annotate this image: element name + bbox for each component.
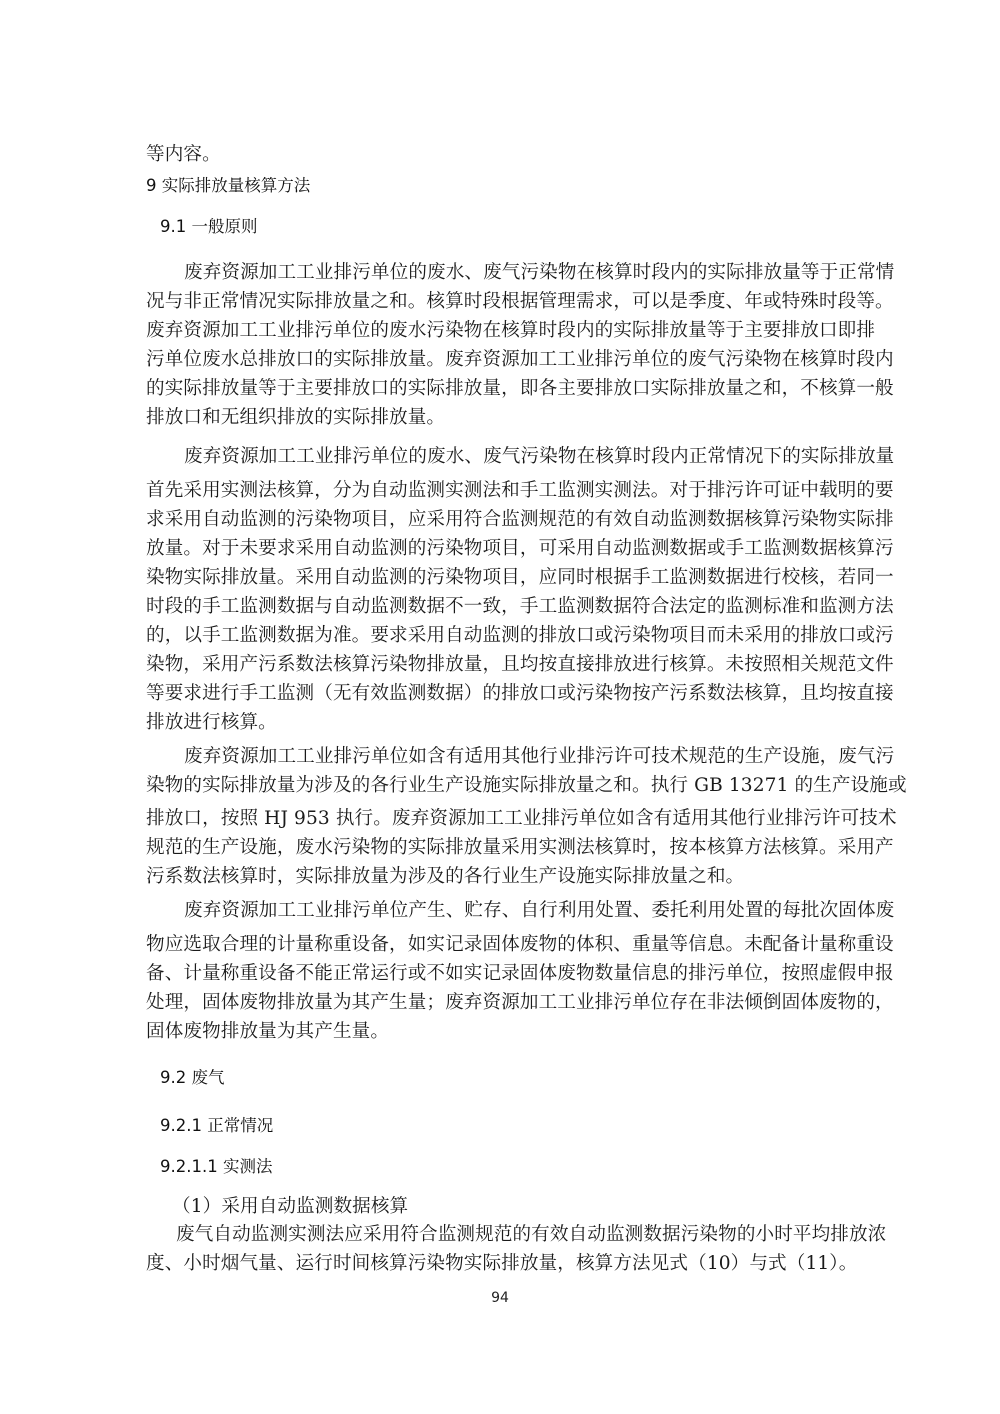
paragraph-line: 染物实际排放量。采用自动监测的污染物项目，应同时根据手工监测数据进行校核，若同一 <box>146 566 852 590</box>
paragraph-line: 排放口，按照 HJ 953 执行。废弃资源加工工业排污单位如含有适用其他行业排污… <box>146 807 852 831</box>
paragraph-line: 首先采用实测法核算，分为自动监测实测法和手工监测实测法。对于排污许可证中载明的要 <box>146 479 852 503</box>
paragraph-line: 废弃资源加工工业排污单位的废水污染物在核算时段内的实际排放量等于主要排放口即排 <box>146 319 852 343</box>
paragraph-line: 求采用自动监测的污染物项目，应采用符合监测规范的有效自动监测数据核算污染物实际排 <box>146 508 852 532</box>
paragraph-line: 固体废物排放量为其产生量。 <box>146 1020 852 1044</box>
paragraph-line: 染物的实际排放量为涉及的各行业生产设施实际排放量之和。执行 GB 13271 的… <box>146 774 852 798</box>
paragraph-line: 况与非正常情况实际排放量之和。核算时段根据管理需求，可以是季度、年或特殊时段等。 <box>146 290 852 314</box>
paragraph-line: 废弃资源加工工业排污单位的废水、废气污染物在核算时段内正常情况下的实际排放量 <box>146 445 852 469</box>
paragraph-line: 度、小时烟气量、运行时间核算污染物实际排放量，核算方法见式（10）与式（11）。 <box>146 1252 852 1276</box>
paragraph-line: 废弃资源加工工业排污单位的废水、废气污染物在核算时段内的实际排放量等于正常情 <box>146 261 852 285</box>
continuation-text: 等内容。 <box>146 143 221 167</box>
paragraph-line: 污系数法核算时，实际排放量为涉及的各行业生产设施实际排放量之和。 <box>146 865 852 889</box>
paragraph-line: 时段的手工监测数据与自动监测数据不一致，手工监测数据符合法定的监测标准和监测方法 <box>146 595 852 619</box>
paragraph-line: 废气自动监测实测法应采用符合监测规范的有效自动监测数据污染物的小时平均排放浓 <box>146 1223 852 1247</box>
section-heading-9-2-1: 9.2.1 正常情况 <box>160 1115 273 1137</box>
paragraph-line: 废弃资源加工工业排污单位产生、贮存、自行利用处置、委托利用处置的每批次固体废 <box>146 899 852 923</box>
section-heading-9: 9 实际排放量核算方法 <box>146 175 310 197</box>
section-heading-9-2-1-1: 9.2.1.1 实测法 <box>160 1156 272 1178</box>
paragraph-line: 的，以手工监测数据为准。要求采用自动监测的排放口或污染物项目而未采用的排放口或污 <box>146 624 852 648</box>
paragraph-line: 备、计量称重设备不能正常运行或不如实记录固体废物数量信息的排污单位，按照虚假申报 <box>146 962 852 986</box>
paragraph-line: 排放进行核算。 <box>146 711 852 735</box>
section-heading-9-1: 9.1 一般原则 <box>160 216 258 238</box>
paragraph-line: 染物，采用产污系数法核算污染物排放量，且均按直接排放进行核算。未按照相关规范文件 <box>146 653 852 677</box>
item-heading: （1）采用自动监测数据核算 <box>172 1195 408 1219</box>
page-number: 94 <box>0 1290 1000 1306</box>
paragraph-line: 排放口和无组织排放的实际排放量。 <box>146 406 852 430</box>
paragraph-line: 污单位废水总排放口的实际排放量。废弃资源加工工业排污单位的废气污染物在核算时段内 <box>146 348 852 372</box>
paragraph-line: 废弃资源加工工业排污单位如含有适用其他行业排污许可技术规范的生产设施，废气污 <box>146 745 852 769</box>
section-heading-9-2: 9.2 废气 <box>160 1067 225 1089</box>
paragraph-line: 规范的生产设施，废水污染物的实际排放量采用实测法核算时，按本核算方法核算。采用产 <box>146 836 852 860</box>
paragraph-line: 物应选取合理的计量称重设备，如实记录固体废物的体积、重量等信息。未配备计量称重设 <box>146 933 852 957</box>
paragraph-line: 放量。对于未要求采用自动监测的污染物项目，可采用自动监测数据或手工监测数据核算污 <box>146 537 852 561</box>
paragraph-line: 的实际排放量等于主要排放口的实际排放量，即各主要排放口实际排放量之和，不核算一般 <box>146 377 852 401</box>
paragraph-line: 处理，固体废物排放量为其产生量；废弃资源加工工业排污单位存在非法倾倒固体废物的， <box>146 991 852 1015</box>
paragraph-line: 等要求进行手工监测（无有效监测数据）的排放口或污染物按产污系数法核算，且均按直接 <box>146 682 852 706</box>
